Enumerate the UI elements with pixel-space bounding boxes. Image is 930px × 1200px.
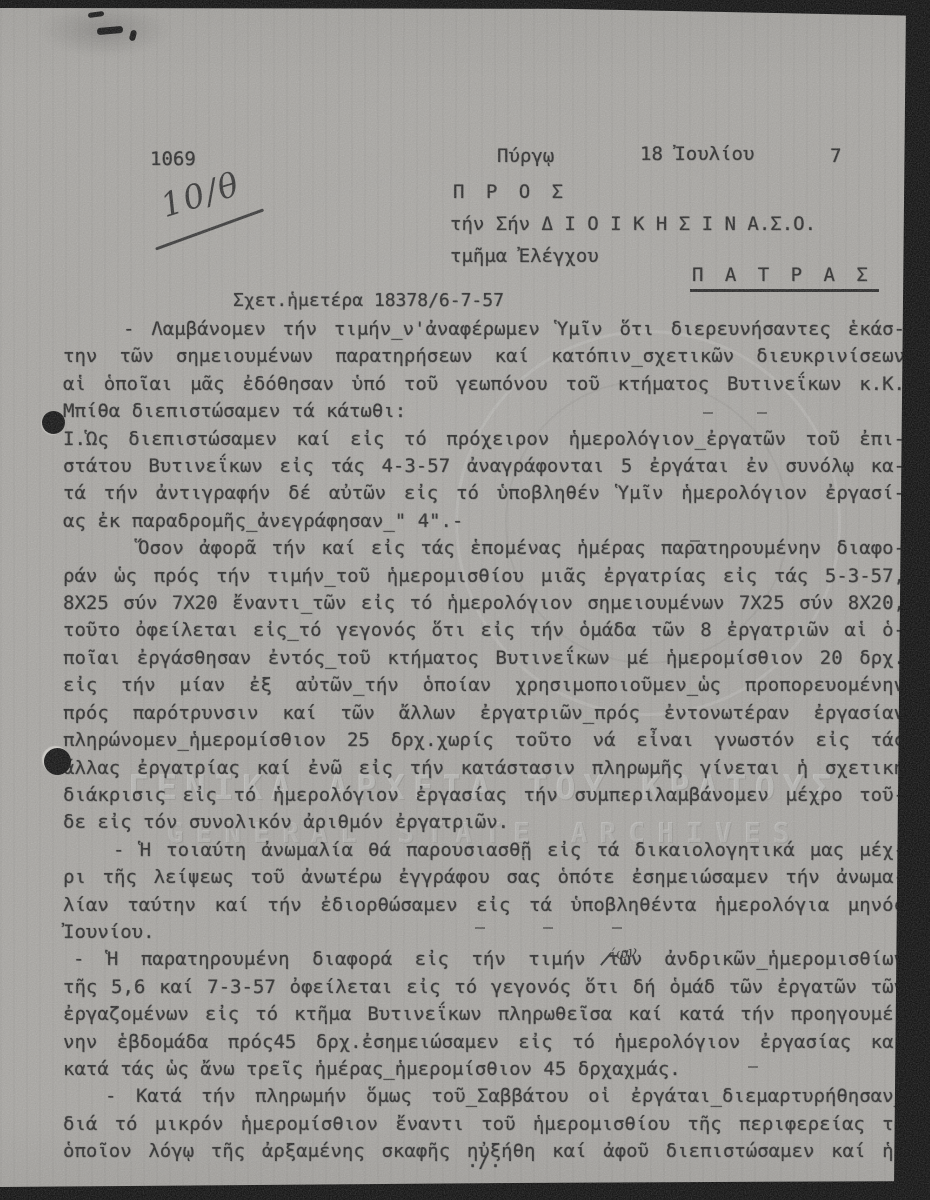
recipient-dept: τμῆμα Ἐλέγχου — [450, 245, 599, 267]
typed-line: διά τό μικρόν ἡμερομίσθιον ἔναντι τοῦ ἡμ… — [63, 1111, 905, 1138]
stray-mark — [748, 1066, 758, 1068]
typed-line: εἰς τήν μίαν ἐξ αὐτῶν_τήν ὁποίαν χρησιμο… — [63, 672, 905, 699]
recipient-city: Π Α Τ Ρ Α Σ — [690, 264, 879, 292]
punch-hole-bottom — [44, 748, 71, 775]
continuation-mark: ./. — [63, 1150, 905, 1172]
stray-mark — [703, 412, 713, 414]
typed-line: δε εἰς τόν συνολικόν ἀριθμόν ἐργατριῶν. — [63, 809, 905, 836]
salutation-label: Π Ρ Ο Σ — [453, 181, 568, 203]
typed-line: λίαν ταύτην καί τήν ἐδιορθώσαμεν εἰς τά … — [63, 892, 905, 919]
typed-line: 8Χ25 σύν 7Χ20 ἔναντι_τῶν εἰς τό ἡμερολόγ… — [63, 590, 905, 617]
typed-line: τῆς 5,6 καί 7-3-57 ὀφείλεται εἰς τό γεγο… — [63, 974, 905, 1001]
scanned-document-page: ΓΕΝΙΚΑ ΑΡΧΕΙΑ ΤΟΥ ΚΡΑΤΟΥΣ GENERAL STATE … — [0, 0, 930, 1200]
typed-line: ἄλλας ἐργατρίας καί ἐνῶ εἰς τήν κατάστασ… — [63, 755, 905, 782]
typed-body: - Λαμβάνομεν τήν τιμήν_ν'ἀναφέρωμεν Ὑμῖν… — [63, 316, 905, 1166]
stray-mark — [690, 540, 700, 542]
typed-line: - Κατά τήν πληρωμήν ὅμως τοῦ_Σαββάτου οἱ… — [63, 1083, 905, 1110]
typed-line: ρι τῆς λείψεως τοῦ ἀνωτέρω ἐγγράφου σας … — [63, 864, 905, 891]
typed-line: - Ἡ παρατηρουμένη διαφορά εἰς τήν τιμήν … — [63, 946, 905, 973]
doc-number: 1069 — [150, 148, 196, 170]
typed-line: τά τήν ἀντιγραφήν δέ αὐτῶν εἰς τό ὑποβλη… — [63, 480, 905, 507]
typed-line: Ὅσον ἀφορᾶ τήν καί εἰς τάς ἑπομένας ἡμέρ… — [63, 535, 905, 562]
reference-line: Σχετ.ἡμετέρα 18378/6-7-57 — [233, 290, 504, 311]
typed-line: ποῖαι ἐργάσθησαν ἐντός_τοῦ κτήματος Βυτι… — [63, 645, 905, 672]
typed-line: Μπίθα διεπιστώσαμεν τά κάτωθι: — [63, 398, 905, 425]
typed-line: - Λαμβάνομεν τήν τιμήν_ν'ἀναφέρωμεν Ὑμῖν… — [63, 316, 905, 343]
typed-line: πληρώνομεν_ἡμερομίσθιον 25 δρχ.χωρίς τοῦ… — [63, 727, 905, 754]
typed-line: την τῶν σημειουμένων παρατηρήσεων καί κα… — [63, 343, 905, 370]
punch-hole-top — [42, 411, 65, 434]
typed-line: τοῦτο ὀφείλεται εἰς_τό γεγονός ὅτι εἰς τ… — [63, 617, 905, 644]
typed-line: Ι.Ὡς διεπιστώσαμεν καί εἰς τό πρόχειρον … — [63, 426, 905, 453]
typed-line: νην ἑβδομάδα πρός45 δρχ.ἐσημειώσαμεν εἰς… — [63, 1029, 905, 1056]
recipient-org: τήν Σήν Δ Ι Ο Ι Κ Η Σ Ι Ν Α.Σ.Ο. — [450, 213, 816, 235]
typed-line: κατά τάς ὡς ἄνω τρεῖς ἡμέρας_ἡμερομίσθιο… — [63, 1056, 905, 1083]
date-label: 18 Ἰουλίου — [640, 143, 754, 165]
place-label: Πύργῳ — [497, 145, 554, 167]
typed-line: στάτου Βυτινεΐκων εἰς τάς 4-3-57 ἀναγράφ… — [63, 453, 905, 480]
stray-mark — [612, 927, 622, 929]
typed-line: πρός παρότρυνσιν καί τῶν ἄλλων ἐργατριῶν… — [63, 700, 905, 727]
typed-line: ἐργαζομένων εἰς τό κτῆμα Βυτινεΐκων πληρ… — [63, 1001, 905, 1028]
typed-line: ράν ὡς πρός τήν τιμήν_τοῦ ἡμερομισθίου μ… — [63, 563, 905, 590]
typed-line: διάκρισις εἰς τό ἡμερολόγιον ἐργασίας τή… — [63, 782, 905, 809]
typed-line: αἱ ὁποῖαι μᾶς ἐδόθησαν ὑπό τοῦ γεωπόνου … — [63, 371, 905, 398]
stray-mark — [475, 927, 485, 929]
typed-line: Ἰουνίου. — [63, 919, 905, 946]
typed-line: ας ἐκ παραδρομῆς_ἀνεγράφησαν_" 4".- — [63, 508, 905, 535]
stray-mark — [543, 927, 553, 929]
margin-digit: 7 — [830, 145, 841, 167]
stray-mark — [757, 412, 767, 414]
typed-line: - Ἡ τοιαύτη ἀνωμαλία θά παρουσιασθῇ εἰς … — [63, 837, 905, 864]
